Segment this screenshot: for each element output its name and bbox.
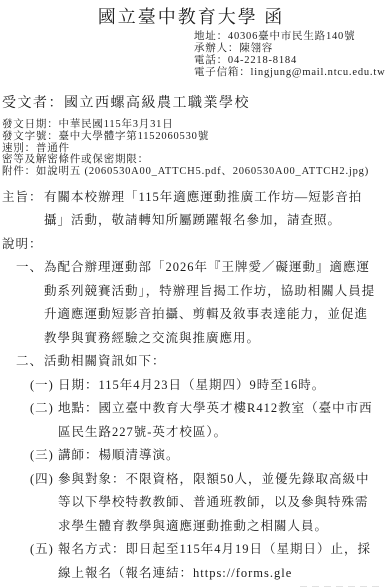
contact-email: 電子信箱：lingjung@mail.ntcu.edu.tw (194, 67, 380, 79)
contact-person: 承辦人：陳翎容 (194, 43, 380, 55)
doc-number-line: 發文字號：臺中大學體字第1152060530號 (2, 131, 380, 143)
subject-label: 主旨： (2, 186, 44, 233)
subitem-number: (一) (30, 374, 58, 398)
official-letter-page: 國立臺中教育大學 函 地址：40306臺中市民生路140號 承辦人：陳翎容 電話… (0, 5, 386, 587)
subitem-text: 報名方式：即日起至115年4月19日（星期日）止，採線上報名（報名連結：http… (58, 538, 380, 585)
subitem-number: (二) (30, 397, 58, 444)
subitem-lecturer: (三) 講師：楊順清導演。 (2, 444, 380, 468)
item-number: 一、 (16, 256, 44, 350)
item-number: 二、 (16, 350, 44, 374)
subject-text: 有關本校辦理「115年適應運動推廣工作坊—短影音拍攝」活動，敬請轉知所屬踴躍報名… (44, 186, 380, 233)
description-item-2: 二、 活動相關資訊如下： (2, 350, 380, 374)
recipient-line: 受文者：國立西螺高級農工職業學校 (2, 94, 380, 113)
description-item-1: 一、 為配合辦理運動部「2026年『王牌愛／礙運動』適應運動系列競賽活動」，特辦… (2, 256, 380, 350)
subitem-participants: (四) 參與對象：不限資格，限額50人，並優先錄取高級中等以下學校特教教師、普通… (2, 468, 380, 539)
speed-class-line: 速別：普通件 (2, 143, 380, 155)
contact-phone: 電話：04-2218-8184 (194, 55, 380, 67)
subitem-text: 參與對象：不限資格，限額50人，並優先錄取高級中等以下學校特教教師、普通班教師，… (58, 468, 380, 539)
attachment-line: 附件：如說明五 (2060530A00_ATTCH5.pdf、2060530A0… (2, 166, 380, 178)
issue-date-line: 發文日期：中華民國115年3月31日 (2, 119, 380, 131)
subitem-date: (一) 日期：115年4月23日（星期四）9時至16時。 (2, 374, 380, 398)
item-text: 為配合辦理運動部「2026年『王牌愛／礙運動』適應運動系列競賽活動」，特辦理旨揭… (44, 256, 380, 350)
subitem-text: 地點：國立臺中教育大學英才樓R412教室（臺中市西區民生路227號-英才校區）。 (58, 397, 380, 444)
subitem-location: (二) 地點：國立臺中教育大學英才樓R412教室（臺中市西區民生路227號-英才… (2, 397, 380, 444)
item-text: 活動相關資訊如下： (44, 350, 380, 374)
subitem-number: (四) (30, 468, 58, 539)
contact-info-block: 地址：40306臺中市民生路140號 承辦人：陳翎容 電話：04-2218-81… (194, 31, 380, 79)
subitem-text: 日期：115年4月23日（星期四）9時至16時。 (58, 374, 380, 398)
contact-address: 地址：40306臺中市民生路140號 (194, 31, 380, 43)
dispatch-meta-block: 發文日期：中華民國115年3月31日 發文字號：臺中大學體字第115206053… (2, 119, 380, 178)
description-label: 說明： (2, 233, 380, 257)
subitem-registration: (五) 報名方式：即日起至115年4月19日（星期日）止，採線上報名（報名連結：… (2, 538, 380, 585)
subitem-number: (五) (30, 538, 58, 585)
letter-body: 主旨： 有關本校辦理「115年適應運動推廣工作坊—短影音拍攝」活動，敬請轉知所屬… (2, 186, 380, 586)
security-class-line: 密等及解密條件或保密期限： (2, 154, 380, 166)
subitem-text: 講師：楊順清導演。 (58, 444, 380, 468)
document-title: 國立臺中教育大學 函 (2, 5, 380, 29)
subject-paragraph: 主旨： 有關本校辦理「115年適應運動推廣工作坊—短影音拍攝」活動，敬請轉知所屬… (2, 186, 380, 233)
subitem-number: (三) (30, 444, 58, 468)
